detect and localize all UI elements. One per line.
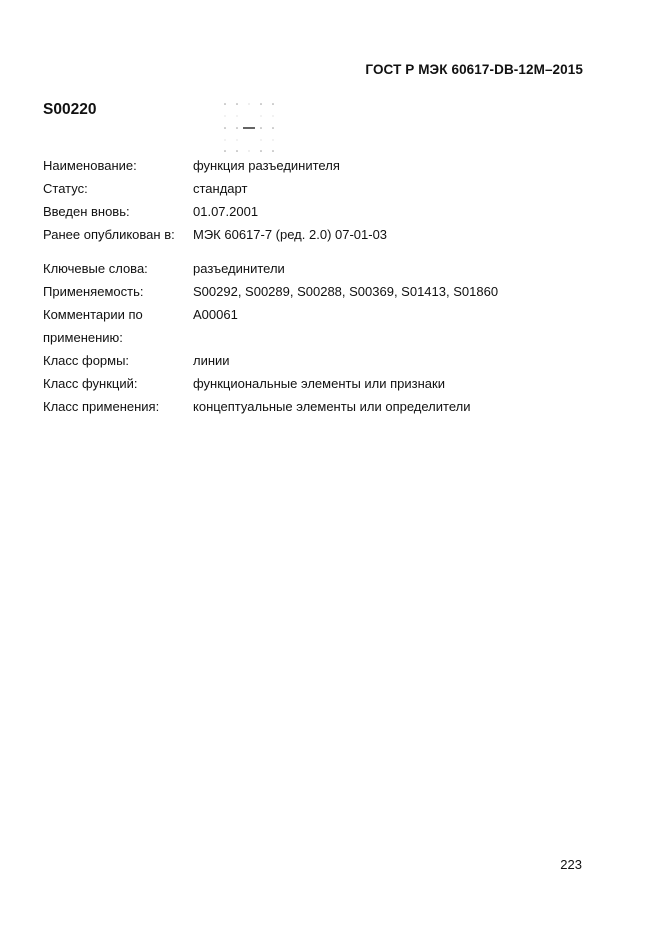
property-row-introduced: Введен вновь: 01.07.2001 xyxy=(43,200,498,223)
property-row-status: Статус: стандарт xyxy=(43,177,498,200)
property-label: Класс формы: xyxy=(43,349,193,372)
property-row-shape-class: Класс формы: линии xyxy=(43,349,498,372)
property-label: Статус: xyxy=(43,177,193,200)
property-label: Класс применения: xyxy=(43,395,193,418)
property-row-application-class: Класс применения: концептуальные элемент… xyxy=(43,395,498,418)
property-label: Ключевые слова: xyxy=(43,257,193,280)
property-value: стандарт xyxy=(193,177,498,200)
property-row-previously-published: Ранее опубликован в: МЭК 60617-7 (ред. 2… xyxy=(43,223,498,246)
property-value xyxy=(193,326,498,349)
property-label: Введен вновь: xyxy=(43,200,193,223)
property-value: функциональные элементы или признаки xyxy=(193,372,498,395)
property-label: Комментарии по xyxy=(43,303,193,326)
property-row-application-notes: Комментарии по A00061 xyxy=(43,303,498,326)
property-row-keywords: Ключевые слова: разъединители xyxy=(43,257,498,280)
property-label: Наименование: xyxy=(43,154,193,177)
property-value: линии xyxy=(193,349,498,372)
symbol-id: S00220 xyxy=(43,101,96,119)
property-label: Класс функций: xyxy=(43,372,193,395)
section-gap xyxy=(43,246,498,257)
property-value: функция разъединителя xyxy=(193,154,498,177)
property-row-applicability: Применяемость: S00292, S00289, S00288, S… xyxy=(43,280,498,303)
property-value: концептуальные элементы или определители xyxy=(193,395,498,418)
property-label: применению: xyxy=(43,326,193,349)
property-label: Применяемость: xyxy=(43,280,193,303)
property-value: разъединители xyxy=(193,257,498,280)
property-value: S00292, S00289, S00288, S00369, S01413, … xyxy=(193,280,498,303)
property-row-name: Наименование: функция разъединителя xyxy=(43,154,498,177)
property-value: МЭК 60617-7 (ред. 2.0) 07-01-03 xyxy=(193,223,498,246)
disconnector-function-symbol-icon xyxy=(220,101,280,153)
property-row-application-notes-cont: применению: xyxy=(43,326,498,349)
property-value: A00061 xyxy=(193,303,498,326)
property-value: 01.07.2001 xyxy=(193,200,498,223)
symbol-properties: Наименование: функция разъединителя Стат… xyxy=(43,154,498,418)
property-row-function-class: Класс функций: функциональные элементы и… xyxy=(43,372,498,395)
page-number: 223 xyxy=(560,857,582,872)
standard-designation: ГОСТ Р МЭК 60617-DB-12M–2015 xyxy=(365,62,583,77)
property-label: Ранее опубликован в: xyxy=(43,223,193,246)
